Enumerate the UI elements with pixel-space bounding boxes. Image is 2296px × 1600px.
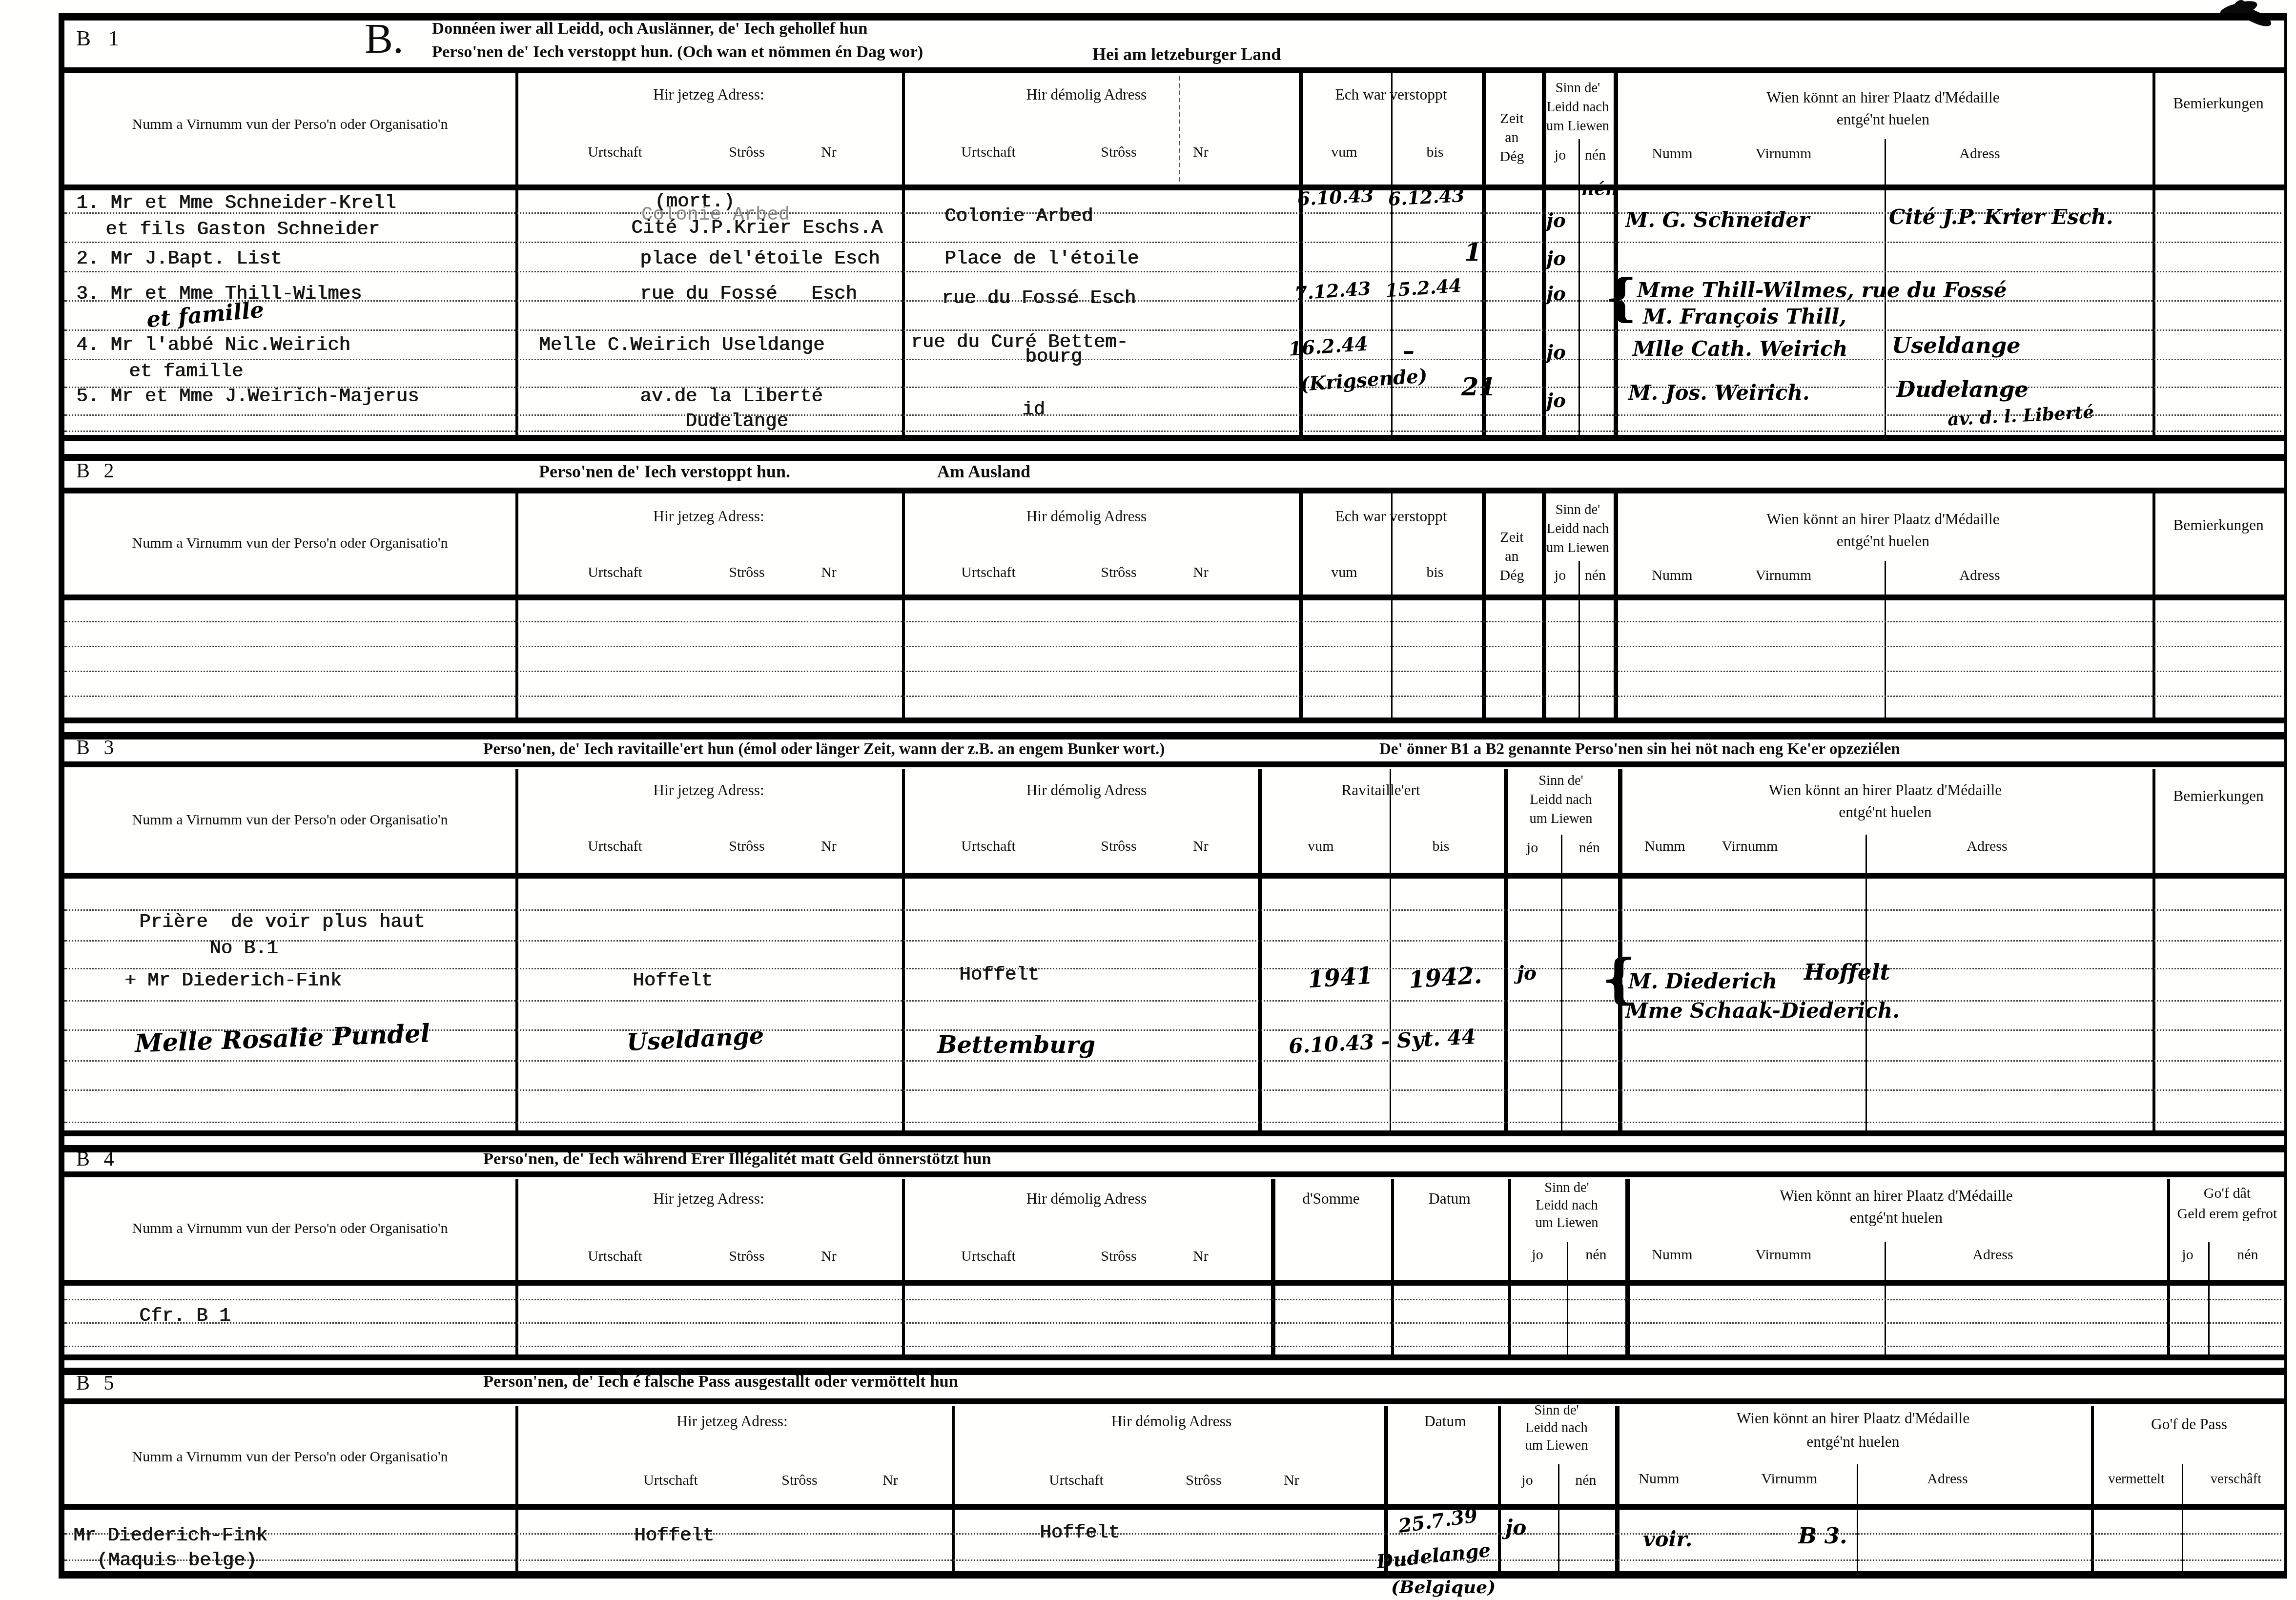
b4-col-line (515, 1179, 518, 1354)
b1-row3-jo-mark: jo (1546, 284, 1566, 306)
b4-header-jo: jo (1508, 1248, 1567, 1264)
b4-header-wien1: Wien könnt an hirer Plaatz d'Médaille (1625, 1189, 2167, 1205)
b1-row2-name: 2. Mr J.Bapt. List (76, 247, 282, 269)
b1-row3-medal-name2: M. François Thill, (1643, 306, 1846, 329)
b2-bottom-rule (59, 718, 2287, 723)
b3-row2-vum: 1941 (1307, 961, 1373, 993)
b2-header-virnumm: Virnumm (1737, 568, 1830, 584)
b1-row3-brace: { (1605, 269, 1637, 328)
b1-row2-addr-now: place del'étoile Esch (640, 247, 880, 269)
b3-header-demolig: Hir démolig Adress (937, 783, 1236, 800)
row-line (64, 271, 2281, 272)
b2-header-nen: nén (1577, 568, 1614, 584)
b4-row1-note: Cfr. B 1 (139, 1305, 230, 1327)
b2-title-location: Am Ausland (937, 461, 1030, 483)
b3-header-stross: Strôss (709, 839, 785, 855)
b2-col-line (1885, 561, 1886, 718)
b2-header-wien2: entgé'nt huelen (1614, 534, 2152, 551)
b5-row1-medal-note: voir. (1643, 1529, 1692, 1552)
b3-col-line (1390, 769, 1391, 1130)
b1-row1-jo-mark: jo (1546, 211, 1566, 233)
b3-row2-jo-mark: jo (1517, 964, 1537, 985)
b5-bottom-rule (59, 1571, 2287, 1579)
b1-header-bemierkungen: Bemierkungen (2152, 97, 2284, 113)
b1-row1-addr-now: Cité J.P.Krier Eschs.A (631, 217, 882, 239)
b2-top-rule (59, 454, 2287, 461)
b1-header-rule (59, 185, 2287, 190)
b4-header-nr: Nr (808, 1249, 849, 1265)
b3-title: Perso'nen, de' Iech ravitaille'ert hun (… (483, 741, 1165, 759)
b1-row4-addr-now: Melle C.Weirich Useldange (539, 334, 824, 356)
b5-header-nr2: Nr (1271, 1473, 1312, 1489)
b5-row1-addr-old: Hoffelt (1040, 1521, 1120, 1543)
b4-header-nen: nén (1567, 1248, 1625, 1264)
b4-header-datum: Datum (1394, 1192, 1505, 1208)
b4-header-gof-geld1: Go'f dât (2167, 1186, 2287, 1202)
row-line (64, 968, 2281, 969)
b5-col-line (1615, 1406, 1619, 1571)
row-line (64, 696, 2281, 697)
b5-header-stross2: Strôss (1166, 1473, 1242, 1489)
row-line (64, 1122, 2281, 1123)
b1-row4-medal-adress: Useldange (1892, 332, 2021, 359)
b3-header-bemierkungen: Bemierkungen (2152, 789, 2284, 805)
b1-row2-deg: 1 (1464, 239, 1482, 268)
b5-header-virnumm: Virnumm (1742, 1472, 1836, 1488)
b4-header-stross2: Strôss (1081, 1249, 1157, 1265)
b1-header-urtschaft2: Urtschaft (944, 145, 1032, 161)
b1-col-line (1578, 139, 1580, 435)
b2-label: B 2 (76, 461, 119, 485)
b3-row2-name: + Mr Diederich-Fink (124, 969, 342, 991)
b3-header-wien1: Wien könnt an hirer Plaatz d'Médaille (1618, 783, 2152, 800)
b2-col-line (1482, 493, 1486, 718)
b5-row1-addr-now: Hoffelt (634, 1524, 714, 1546)
row-line (64, 646, 2281, 647)
b4-col-line (2167, 1179, 2170, 1354)
b1-row4-addr-old2: bourg (1025, 346, 1082, 368)
b1-header-zeit2: an (1482, 130, 1542, 146)
b1-row5-medal-adress2: av. d. l. Liberté (1947, 402, 2094, 430)
b3-header-bis: bis (1409, 839, 1473, 855)
b1-header-wien2: entgé'nt huelen (1614, 113, 2152, 129)
b1-col-line (2152, 73, 2155, 435)
b1-row5-addr-now2: Dudelange (685, 410, 788, 432)
b1-row4-note: (Krigsende) (1300, 366, 1428, 397)
b2-header-stross2: Strôss (1081, 565, 1157, 581)
b1-header-name-col: Numm a Virnumm vun der Perso'n oder Orga… (70, 117, 510, 133)
b3-col-line (2152, 769, 2155, 1130)
b2-header-sinn2: Leidd nach (1542, 523, 1614, 537)
b1-header-nr2: Nr (1180, 145, 1221, 161)
b3-header-jo: jo (1504, 841, 1561, 857)
b1-row4-medal-name: Mlle Cath. Weirich (1633, 338, 1847, 362)
b5-col-line (952, 1406, 955, 1571)
b3-header-sinn2: Leidd nach (1504, 794, 1618, 808)
b1-row1-medal-adress: Cité J.P. Krier Esch. (1889, 206, 2113, 230)
row-line (64, 359, 2281, 360)
form-page: B 1 B. Donnéen iwer all Leidd, och Auslä… (0, 0, 2296, 1600)
b4-bottom-rule (59, 1354, 2287, 1360)
b3-row3-addr-old: Bettemburg (937, 1031, 1095, 1059)
b2-header-bis: bis (1403, 565, 1467, 581)
b1-row5-name: 5. Mr et Mme J.Weirich-Majerus (76, 385, 419, 407)
b1-row2-jo-mark: jo (1546, 249, 1566, 271)
b1-header-demolig: Hir démolig Adress (937, 88, 1236, 104)
b2-header-nr2: Nr (1180, 565, 1221, 581)
b3-row2-medal-adress: Hoffelt (1804, 959, 1890, 985)
b3-row1-note2: No B.1 (209, 937, 278, 959)
b1-label: B 1 (76, 28, 125, 53)
b1-row4-deg: 21 (1461, 373, 1496, 403)
b5-header-rule (59, 1504, 2287, 1510)
b1-header-urtschaft: Urtschaft (571, 145, 659, 161)
b1-row4-name: 4. Mr l'abbé Nic.Weirich (76, 334, 350, 356)
b1-header-bis: bis (1403, 145, 1467, 161)
b1-col-line (515, 73, 518, 435)
b4-title: Perso'nen, de' Iech während Erer Illégal… (483, 1151, 991, 1169)
b1-row3-addr-now: rue du Fossé Esch (640, 283, 857, 305)
left-border (59, 13, 64, 1579)
b5-header-vermettelt: vermettelt (2091, 1473, 2182, 1488)
b5-header-sinn3: um Liewen (1498, 1439, 1615, 1454)
b4-header-adress: Adress (1942, 1248, 2044, 1264)
b4-header-gof-jo: jo (2167, 1248, 2208, 1264)
row-line (64, 431, 2281, 432)
row-line (64, 1322, 2281, 1324)
b2-col-line (515, 493, 518, 718)
b4-title-rule (59, 1171, 2287, 1177)
b5-col-line (2182, 1464, 2183, 1571)
b2-header-urtschaft2: Urtschaft (944, 565, 1032, 581)
b1-title-line2: Perso'nen de' Iech verstoppt hun. (Och w… (432, 44, 923, 62)
b1-header-jo: jo (1542, 148, 1578, 164)
right-border (2284, 13, 2287, 1579)
b5-title: Person'nen, de' Iech é falsche Pass ausg… (483, 1374, 958, 1391)
b2-header-name-col: Numm a Virnumm vun der Perso'n oder Orga… (70, 536, 510, 552)
b3-header-stross2: Strôss (1081, 839, 1157, 855)
b3-header-ravitailleert: Ravitaille'ert (1267, 783, 1495, 800)
b5-header-jetzeg: Hir jetzeg Adress: (586, 1415, 879, 1431)
b2-header-rule (59, 595, 2287, 600)
row-line (64, 1299, 2281, 1300)
row-line (64, 1060, 2281, 1062)
b3-header-numm: Numm (1621, 839, 1709, 855)
b1-row3-medal-name1: Mme Thill-Wilmes, rue du Fossé (1637, 280, 2007, 303)
b4-header-nr2: Nr (1180, 1249, 1221, 1265)
b3-header-nen: nén (1561, 841, 1618, 857)
b3-top-rule (59, 732, 2287, 739)
b2-title: Perso'nen de' Iech verstoppt hun. (539, 461, 790, 483)
b1-header-nen: nén (1577, 148, 1614, 164)
b2-col-line (1578, 561, 1580, 718)
b3-header-sinn3: um Liewen (1504, 813, 1618, 827)
b5-header-numm: Numm (1615, 1472, 1703, 1488)
b4-col-line (1885, 1242, 1886, 1354)
b1-title-rule (59, 67, 2287, 73)
b1-title-line2b: Hei am letzeburger Land (1092, 44, 1281, 66)
b1-header-sinn1: Sinn de' (1542, 82, 1614, 97)
b4-col-line (2208, 1242, 2210, 1354)
b2-col-line (902, 493, 905, 718)
b2-header-adress: Adress (1933, 568, 2027, 584)
b5-row1-medal-adress: B 3. (1798, 1523, 1847, 1549)
b5-header-urtschaft2: Urtschaft (1032, 1473, 1120, 1489)
b4-header-urtschaft2: Urtschaft (944, 1249, 1032, 1265)
b1-header-zeit3: Dég (1482, 149, 1542, 165)
b1-row1-vum: 6.10.43 (1297, 184, 1374, 210)
b5-header-nen: nén (1557, 1473, 1615, 1489)
b2-header-sinn3: um Liewen (1542, 542, 1614, 556)
row-line (64, 1346, 2281, 1347)
b3-header-vum: vum (1289, 839, 1353, 855)
b2-header-stross: Strôss (709, 565, 785, 581)
b1-header-wien1: Wien könnt an hirer Plaatz d'Médaille (1614, 91, 2152, 107)
b1-header-verstoppt: Ech war verstoppt (1303, 88, 1479, 104)
b5-header-datum: Datum (1393, 1415, 1498, 1431)
b1-header-numm: Numm (1628, 146, 1716, 163)
b5-header-name-col: Numm a Virnumm vun der Perso'n oder Orga… (70, 1450, 510, 1466)
b1-header-stross: Strôss (709, 145, 785, 161)
b5-header-stross: Strôss (761, 1473, 838, 1489)
row-line (64, 940, 2281, 942)
b4-header-gof-nen: nén (2214, 1248, 2281, 1264)
b3-header-adress: Adress (1936, 839, 2038, 855)
row-line (64, 329, 2281, 331)
b1-row4-jo-mark: jo (1546, 343, 1566, 365)
b1-big-letter: B. (365, 16, 404, 64)
b5-header-adress: Adress (1901, 1472, 1994, 1488)
b2-header-urtschaft: Urtschaft (571, 565, 659, 581)
b3-row2-bis: 1942. (1408, 961, 1483, 994)
b5-header-jo: jo (1498, 1473, 1557, 1489)
b2-header-jetzeg: Hir jetzeg Adress: (562, 510, 855, 526)
b5-top-rule (59, 1368, 2287, 1375)
b1-title-line1: Donnéen iwer all Leidd, och Auslänner, d… (432, 21, 867, 38)
b2-header-vum: vum (1312, 565, 1376, 581)
b2-header-verstoppt: Ech war verstoppt (1303, 510, 1479, 526)
b2-header-wien1: Wien könnt an hirer Plaatz d'Médaille (1614, 513, 2152, 529)
b3-row2-medal-name: M. Diederich (1628, 971, 1777, 994)
b4-col-line (1625, 1179, 1630, 1354)
b1-header-adress: Adress (1933, 146, 2027, 163)
b3-header-virnumm: Virnumm (1703, 839, 1797, 855)
b3-header-nr: Nr (808, 839, 849, 855)
b3-header-sinn1: Sinn de' (1504, 775, 1618, 789)
b5-header-sinn1: Sinn de' (1498, 1404, 1615, 1419)
b3-header-jetzeg: Hir jetzeg Adress: (562, 783, 855, 800)
b4-header-urtschaft: Urtschaft (571, 1249, 659, 1265)
b3-bottom-rule (59, 1130, 2287, 1136)
b2-header-nr: Nr (808, 565, 849, 581)
b5-col-line (1384, 1406, 1388, 1571)
b2-header-zeit2: an (1482, 549, 1542, 565)
b3-header-urtschaft: Urtschaft (571, 839, 659, 855)
b2-col-line (1299, 493, 1303, 718)
b5-header-verschaft: verschâft (2185, 1473, 2287, 1488)
b3-label: B 3 (76, 738, 119, 761)
b1-row4-addr-old1: rue du Curé Bettem- (911, 331, 1128, 353)
b3-col-line (902, 769, 905, 1130)
b1-row1-medal-name: M. G. Schneider (1625, 209, 1809, 233)
b3-col-line (1258, 769, 1262, 1130)
b5-header-demolig: Hir démolig Adress (1025, 1415, 1318, 1431)
b5-header-urtschaft: Urtschaft (627, 1473, 715, 1489)
b3-col-line (1561, 835, 1562, 1130)
b2-header-zeit1: Zeit (1482, 530, 1542, 546)
scanned-form-page: B 1 B. Donnéen iwer all Leidd, och Auslä… (0, 0, 2296, 1600)
b3-title-rule (59, 761, 2287, 767)
b1-header-vum: vum (1312, 145, 1376, 161)
b4-header-rule (59, 1280, 2287, 1286)
b1-row3-addr-old: rue du Fossé Esch (942, 287, 1136, 309)
b4-header-demolig: Hir démolig Adress (937, 1192, 1236, 1208)
b5-header-wien2: entgé'nt huelen (1615, 1435, 2091, 1451)
b5-header-gof-pass: Go'f de Pass (2091, 1417, 2287, 1434)
b4-header-sinn2: Leidd nach (1508, 1199, 1625, 1214)
b5-row1-jo-mark: jo (1505, 1517, 1526, 1540)
row-line (64, 1533, 2281, 1535)
b3-row3-name: Melle Rosalie Pundel (134, 1020, 430, 1059)
b1-row3-bis: 15.2.44 (1385, 274, 1462, 302)
b5-row1-name2: (Maquis belge) (97, 1549, 257, 1571)
b5-header-nr: Nr (870, 1473, 911, 1489)
b3-row1-note1: Prière de voir plus haut (139, 911, 425, 933)
b4-header-gof-geld2: Geld erem gefrot (2167, 1207, 2287, 1223)
b1-header-virnumm: Virnumm (1737, 146, 1830, 163)
b1-row4-name2: et famille (129, 360, 243, 382)
b1-row5-addr-now1: av.de la Liberté (640, 385, 822, 407)
b5-col-line (1857, 1464, 1858, 1571)
b4-header-wien2: entgé'nt huelen (1625, 1211, 2167, 1227)
row-line (64, 621, 2281, 622)
b1-header-jetzeg: Hir jetzeg Adress: (562, 88, 855, 104)
b3-header-nr2: Nr (1180, 839, 1221, 855)
b3-row3-addr-now: Useldange (626, 1022, 765, 1057)
b2-header-bemierkungen: Bemierkungen (2152, 518, 2284, 534)
b5-row1-datum2: Dudelange (1375, 1540, 1492, 1574)
b1-header-stross2: Strôss (1081, 145, 1157, 161)
b4-header-stross: Strôss (709, 1249, 785, 1265)
b5-row1-name: Mr Diederich-Fink (73, 1524, 267, 1546)
b4-label: B 4 (76, 1149, 119, 1173)
b1-header-sinn2: Leidd nach (1542, 101, 1614, 116)
b4-header-sinn3: um Liewen (1508, 1217, 1625, 1231)
b3-row3-dates: 6.10.43 - Syt. 44 (1288, 1026, 1476, 1059)
b2-header-demolig: Hir démolig Adress (937, 510, 1236, 526)
row-line (64, 242, 2281, 243)
b3-row2-medal-name2: Mme Schaak-Diederich. (1625, 1000, 1900, 1024)
b1-row2-addr-old: Place de l'étoile (944, 247, 1139, 269)
b5-label: B 5 (76, 1374, 119, 1397)
b5-title-rule (59, 1398, 2287, 1404)
b1-row5-jo-mark: jo (1546, 391, 1566, 413)
b3-row2-addr-old: Hoffelt (959, 964, 1039, 985)
b1-row5-addr-old: id (1022, 398, 1045, 420)
b5-header-wien1: Wien könnt an hirer Plaatz d'Médaille (1615, 1412, 2091, 1428)
row-line (64, 671, 2281, 672)
b2-col-line (1391, 493, 1393, 718)
b4-header-numm: Numm (1628, 1248, 1716, 1264)
b1-row1-name: 1. Mr et Mme Schneider-Krell (76, 192, 396, 214)
b2-header-zeit3: Dég (1482, 568, 1542, 584)
b1-row5-medal-name: M. Jos. Weirich. (1628, 382, 1810, 406)
b1-bottom-rule (59, 435, 2287, 441)
row-line (64, 1089, 2281, 1091)
b1-row1-bis: 6.12.43 (1388, 184, 1465, 210)
b3-header-name-col: Numm a Virnumm vun der Perso'n oder Orga… (70, 813, 510, 829)
b3-header-urtschaft2: Urtschaft (944, 839, 1032, 855)
b1-header-zeit1: Zeit (1482, 111, 1542, 127)
row-line (64, 1559, 2281, 1561)
b1-header-nr: Nr (808, 145, 849, 161)
b1-header-sinn3: um Liewen (1542, 120, 1614, 135)
b4-col-line (902, 1179, 905, 1354)
b4-header-virnumm: Virnumm (1737, 1248, 1830, 1264)
b3-header-wien2: entgé'nt huelen (1618, 805, 2152, 821)
b4-header-jetzeg: Hir jetzeg Adress: (562, 1192, 855, 1208)
b4-header-dsomme: d'Somme (1274, 1192, 1388, 1208)
b5-header-sinn2: Leidd nach (1498, 1422, 1615, 1436)
b2-header-jo: jo (1542, 568, 1578, 584)
b4-header-name-col: Numm a Virnumm vun der Perso'n oder Orga… (70, 1221, 510, 1237)
b2-header-numm: Numm (1628, 568, 1716, 584)
b1-row4-bis: – (1403, 337, 1414, 365)
b3-col-line (515, 769, 518, 1130)
b1-row1-addr-old: Colonie Arbed (944, 205, 1093, 227)
b3-row2-addr-now: Hoffelt (633, 969, 713, 991)
b1-row1-name2: et fils Gaston Schneider (105, 218, 380, 240)
row-line (64, 1000, 2281, 1002)
b1-row5-medal-adress: Dudelange (1896, 376, 2029, 403)
b3-header-rule (59, 873, 2287, 879)
b2-title-rule (59, 488, 2287, 493)
b4-top-rule (59, 1145, 2287, 1152)
b4-header-sinn1: Sinn de' (1508, 1182, 1625, 1196)
b1-row1-nen-mark: nén (1581, 179, 1618, 199)
b2-header-sinn1: Sinn de' (1542, 504, 1614, 518)
b1-col-line (902, 73, 905, 435)
b3-title2: De' önner B1 a B2 genannte Perso'nen sin… (1379, 741, 1900, 759)
b5-col-line (515, 1406, 518, 1571)
b5-row1-datum3: (Belgique) (1391, 1577, 1496, 1598)
